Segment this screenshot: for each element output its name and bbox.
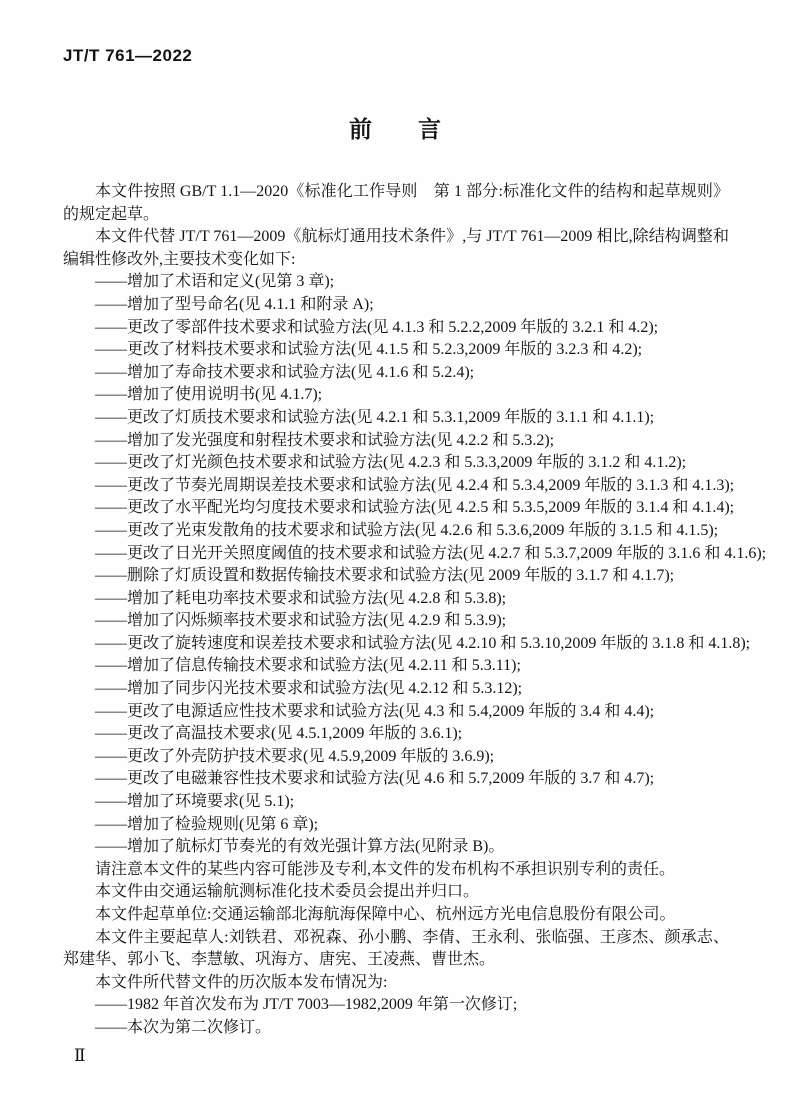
change-item: ——更改了材料技术要求和试验方法(见 4.1.5 和 5.2.3,2009 年版… [63,339,729,362]
change-item: ——增加了环境要求(见 5.1); [63,791,729,814]
change-item: ——增加了寿命技术要求和试验方法(见 4.1.6 和 5.2.4); [63,362,729,385]
change-item: ——增加了耗电功率技术要求和试验方法(见 4.2.8 和 5.3.8); [63,588,729,611]
closing-paragraph: 本文件主要起草人:刘铁君、邓祝森、孙小鹏、李倩、王永利、张临强、王彦杰、颜承志、… [63,927,729,972]
closing-paragraph: 本文件由交通运输航测标准化技术委员会提出并归口。 [63,881,729,904]
closing-paragraphs: 请注意本文件的某些内容可能涉及专利,本文件的发布机构不承担识别专利的责任。 本文… [63,859,729,995]
history-item: ——本次为第二次修订。 [63,1017,729,1040]
closing-paragraph: 本文件所代替文件的历次版本发布情况为: [63,972,729,995]
history-list: ——1982 年首次发布为 JT/T 7003—1982,2009 年第一次修订… [63,994,729,1039]
doc-number: JT/T 761—2022 [63,46,192,66]
changes-list: ——增加了术语和定义(见第 3 章); ——增加了型号命名(见 4.1.1 和附… [63,271,729,858]
change-item: ——增加了发光强度和射程技术要求和试验方法(见 4.2.2 和 5.3.2); [63,430,729,453]
change-item: ——增加了同步闪光技术要求和试验方法(见 4.2.12 和 5.3.12); [63,678,729,701]
closing-paragraph: 请注意本文件的某些内容可能涉及专利,本文件的发布机构不承担识别专利的责任。 [63,859,729,882]
closing-paragraph: 本文件起草单位:交通运输部北海航海保障中心、杭州远方光电信息股份有限公司。 [63,904,729,927]
page-number: Ⅱ [74,1046,86,1066]
document-page: JT/T 761—2022 前 言 本文件按照 GB/T 1.1—2020《标准… [0,0,790,1110]
change-item: ——增加了航标灯节奏光的有效光强计算方法(见附录 B)。 [63,836,729,859]
intro-paragraphs: 本文件按照 GB/T 1.1—2020《标准化工作导则 第 1 部分:标准化文件… [63,181,729,271]
change-item: ——更改了零部件技术要求和试验方法(见 4.1.3 和 5.2.2,2009 年… [63,317,729,340]
page-title: 前 言 [0,111,790,144]
change-item: ——更改了电磁兼容性技术要求和试验方法(见 4.6 和 5.7,2009 年版的… [63,768,729,791]
change-item: ——更改了日光开关照度阈值的技术要求和试验方法(见 4.2.7 和 5.3.7,… [63,543,729,566]
change-item: ——更改了旋转速度和误差技术要求和试验方法(见 4.2.10 和 5.3.10,… [63,633,729,656]
intro-paragraph: 本文件代替 JT/T 761—2009《航标灯通用技术条件》,与 JT/T 76… [63,226,729,271]
change-item: ——更改了外壳防护技术要求(见 4.5.9,2009 年版的 3.6.9); [63,746,729,769]
change-item: ——增加了术语和定义(见第 3 章); [63,271,729,294]
change-item: ——更改了高温技术要求(见 4.5.1,2009 年版的 3.6.1); [63,723,729,746]
change-item: ——增加了信息传输技术要求和试验方法(见 4.2.11 和 5.3.11); [63,655,729,678]
change-item: ——增加了检验规则(见第 6 章); [63,814,729,837]
change-item: ——更改了水平配光均匀度技术要求和试验方法(见 4.2.5 和 5.3.5,20… [63,497,729,520]
change-item: ——增加了型号命名(见 4.1.1 和附录 A); [63,294,729,317]
change-item: ——更改了电源适应性技术要求和试验方法(见 4.3 和 5.4,2009 年版的… [63,701,729,724]
change-item: ——增加了闪烁频率技术要求和试验方法(见 4.2.9 和 5.3.9); [63,610,729,633]
foreword-body: 本文件按照 GB/T 1.1—2020《标准化工作导则 第 1 部分:标准化文件… [63,181,729,1040]
intro-paragraph: 本文件按照 GB/T 1.1—2020《标准化工作导则 第 1 部分:标准化文件… [63,181,729,226]
change-item: ——更改了灯光颜色技术要求和试验方法(见 4.2.3 和 5.3.3,2009 … [63,452,729,475]
change-item: ——增加了使用说明书(见 4.1.7); [63,384,729,407]
change-item: ——删除了灯质设置和数据传输技术要求和试验方法(见 2009 年版的 3.1.7… [63,565,729,588]
history-item: ——1982 年首次发布为 JT/T 7003—1982,2009 年第一次修订… [63,994,729,1017]
change-item: ——更改了节奏光周期误差技术要求和试验方法(见 4.2.4 和 5.3.4,20… [63,475,729,498]
change-item: ——更改了光束发散角的技术要求和试验方法(见 4.2.6 和 5.3.6,200… [63,520,729,543]
change-item: ——更改了灯质技术要求和试验方法(见 4.2.1 和 5.3.1,2009 年版… [63,407,729,430]
